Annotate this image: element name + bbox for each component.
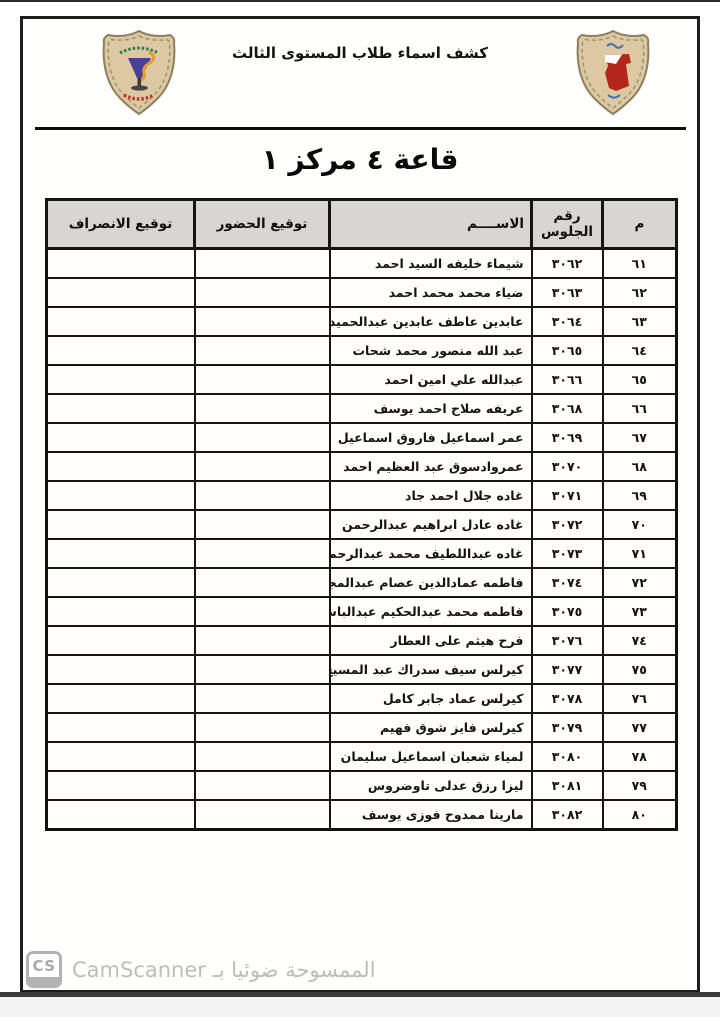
student-name-cell: ضياء محمد محمد احمد (330, 278, 532, 307)
row-number-cell: ٧٧ (603, 713, 677, 742)
table-row: ٦٣ ٣٠٦٤ عابدين عاطف عابدين عبدالحميد (47, 307, 677, 336)
row-number-cell: ٧٥ (603, 655, 677, 684)
row-number-cell: ٦٥ (603, 365, 677, 394)
departure-signature-cell (47, 278, 195, 307)
student-name-cell: فاطمه عمادالدين عصام عبدالمجيد (330, 568, 532, 597)
departure-signature-cell (47, 394, 195, 423)
table-row: ٧٤ ٣٠٧٦ فرح هيثم على العطار (47, 626, 677, 655)
departure-signature-cell (47, 771, 195, 800)
table-row: ٦٥ ٣٠٦٦ عبدالله علي امين احمد (47, 365, 677, 394)
row-number-cell: ٧١ (603, 539, 677, 568)
student-roster-table: م رقم الجلوس الاســــم توقيع الحضور توقي… (45, 198, 678, 831)
column-header-departure-signature: توقيع الانصراف (47, 200, 195, 249)
seat-number-cell: ٣٠٧٧ (532, 655, 603, 684)
seat-number-cell: ٣٠٨١ (532, 771, 603, 800)
camscanner-logo-icon: CS (26, 951, 62, 988)
student-name-cell: عبدالله علي امين احمد (330, 365, 532, 394)
seat-number-cell: ٣٠٧٨ (532, 684, 603, 713)
scan-background (0, 997, 720, 1017)
row-number-cell: ٦٨ (603, 452, 677, 481)
seat-number-cell: ٣٠٧١ (532, 481, 603, 510)
departure-signature-cell (47, 307, 195, 336)
departure-signature-cell (47, 452, 195, 481)
student-name-cell: غاده عبداللطيف محمد عبدالرحمن (330, 539, 532, 568)
row-number-cell: ٧٦ (603, 684, 677, 713)
header-divider-line (35, 127, 686, 130)
table-row: ٦٩ ٣٠٧١ غاده جلال احمد جاد (47, 481, 677, 510)
departure-signature-cell (47, 336, 195, 365)
departure-signature-cell (47, 626, 195, 655)
attendance-signature-cell (195, 626, 330, 655)
column-header-name: الاســــم (330, 200, 532, 249)
seat-number-cell: ٣٠٦٢ (532, 249, 603, 279)
attendance-signature-cell (195, 365, 330, 394)
departure-signature-cell (47, 481, 195, 510)
watermark-text: الممسوحة ضوئيا بـ CamScanner (72, 958, 376, 982)
seat-number-cell: ٣٠٦٥ (532, 336, 603, 365)
student-name-cell: عابدين عاطف عابدين عبدالحميد (330, 307, 532, 336)
attendance-signature-cell (195, 278, 330, 307)
table-row: ٦٤ ٣٠٦٥ عبد الله منصور محمد شحات (47, 336, 677, 365)
seat-number-cell: ٣٠٦٩ (532, 423, 603, 452)
attendance-signature-cell (195, 423, 330, 452)
table-row: ٦٢ ٣٠٦٣ ضياء محمد محمد احمد (47, 278, 677, 307)
table-row: ٧٦ ٣٠٧٨ كيرلس عماد جابر كامل (47, 684, 677, 713)
row-number-cell: ٧٢ (603, 568, 677, 597)
seat-number-cell: ٣٠٨٢ (532, 800, 603, 830)
attendance-signature-cell (195, 597, 330, 626)
student-name-cell: عبد الله منصور محمد شحات (330, 336, 532, 365)
departure-signature-cell (47, 365, 195, 394)
seat-number-cell: ٣٠٨٠ (532, 742, 603, 771)
departure-signature-cell (47, 684, 195, 713)
row-number-cell: ٦٦ (603, 394, 677, 423)
attendance-signature-cell (195, 481, 330, 510)
table-row: ٧٥ ٣٠٧٧ كيرلس سيف سدراك عبد المسيح (47, 655, 677, 684)
table-row: ٧٨ ٣٠٨٠ لمياء شعبان اسماعيل سليمان (47, 742, 677, 771)
departure-signature-cell (47, 423, 195, 452)
departure-signature-cell (47, 510, 195, 539)
seat-number-cell: ٣٠٧٠ (532, 452, 603, 481)
table-row: ٦٦ ٣٠٦٨ عريفه صلاح احمد يوسف (47, 394, 677, 423)
column-header-seat-number: رقم الجلوس (532, 200, 603, 249)
camscanner-watermark: CS الممسوحة ضوئيا بـ CamScanner (26, 951, 376, 988)
departure-signature-cell (47, 568, 195, 597)
row-number-cell: ٧٤ (603, 626, 677, 655)
row-number-cell: ٦٧ (603, 423, 677, 452)
attendance-signature-cell (195, 713, 330, 742)
seat-number-cell: ٣٠٧٥ (532, 597, 603, 626)
attendance-signature-cell (195, 394, 330, 423)
table-row: ٨٠ ٣٠٨٢ مارينا ممدوح فوزى يوسف (47, 800, 677, 830)
scan-edge-top (0, 0, 720, 2)
table-row: ٦١ ٣٠٦٢ شيماء خليفه السيد احمد (47, 249, 677, 279)
student-name-cell: عريفه صلاح احمد يوسف (330, 394, 532, 423)
row-number-cell: ٧٣ (603, 597, 677, 626)
university-emblem-icon (572, 28, 654, 116)
attendance-signature-cell (195, 510, 330, 539)
row-number-cell: ٦٩ (603, 481, 677, 510)
seat-number-cell: ٣٠٦٤ (532, 307, 603, 336)
attendance-signature-cell (195, 307, 330, 336)
student-name-cell: غاده عادل ابراهيم عبدالرحمن (330, 510, 532, 539)
seat-number-cell: ٣٠٦٨ (532, 394, 603, 423)
table-row: ٧٣ ٣٠٧٥ فاطمه محمد عبدالحكيم عبدالباسط (47, 597, 677, 626)
seat-number-cell: ٣٠٦٣ (532, 278, 603, 307)
attendance-signature-cell (195, 684, 330, 713)
student-name-cell: فاطمه محمد عبدالحكيم عبدالباسط (330, 597, 532, 626)
attendance-signature-cell (195, 655, 330, 684)
attendance-signature-cell (195, 452, 330, 481)
table-row: ٦٧ ٣٠٦٩ عمر اسماعيل فاروق اسماعيل (47, 423, 677, 452)
student-name-cell: عمر اسماعيل فاروق اسماعيل (330, 423, 532, 452)
hall-title: قاعة ٤ مركز ١ (0, 143, 720, 176)
row-number-cell: ٦٢ (603, 278, 677, 307)
seat-number-cell: ٣٠٧٩ (532, 713, 603, 742)
column-header-attendance-signature: توقيع الحضور (195, 200, 330, 249)
student-name-cell: غاده جلال احمد جاد (330, 481, 532, 510)
departure-signature-cell (47, 249, 195, 279)
departure-signature-cell (47, 713, 195, 742)
student-name-cell: كيرلس فايز شوق فهيم (330, 713, 532, 742)
departure-signature-cell (47, 655, 195, 684)
row-number-cell: ٨٠ (603, 800, 677, 830)
row-number-cell: ٧٨ (603, 742, 677, 771)
table-header-row: م رقم الجلوس الاســــم توقيع الحضور توقي… (47, 200, 677, 249)
attendance-signature-cell (195, 539, 330, 568)
row-number-cell: ٦١ (603, 249, 677, 279)
student-name-cell: لمياء شعبان اسماعيل سليمان (330, 742, 532, 771)
pharmacy-faculty-emblem-icon (98, 28, 180, 116)
student-name-cell: مارينا ممدوح فوزى يوسف (330, 800, 532, 830)
attendance-signature-cell (195, 568, 330, 597)
attendance-signature-cell (195, 771, 330, 800)
row-number-cell: ٦٣ (603, 307, 677, 336)
departure-signature-cell (47, 800, 195, 830)
table-row: ٧٠ ٣٠٧٢ غاده عادل ابراهيم عبدالرحمن (47, 510, 677, 539)
seat-number-cell: ٣٠٧٤ (532, 568, 603, 597)
table-row: ٧٢ ٣٠٧٤ فاطمه عمادالدين عصام عبدالمجيد (47, 568, 677, 597)
attendance-signature-cell (195, 800, 330, 830)
table-row: ٧٩ ٣٠٨١ ليزا رزق عدلى تاوضروس (47, 771, 677, 800)
seat-number-cell: ٣٠٧٢ (532, 510, 603, 539)
departure-signature-cell (47, 597, 195, 626)
table-row: ٦٨ ٣٠٧٠ عمروادسوق عبد العظيم احمد (47, 452, 677, 481)
column-header-number: م (603, 200, 677, 249)
student-name-cell: كيرلس عماد جابر كامل (330, 684, 532, 713)
attendance-signature-cell (195, 742, 330, 771)
row-number-cell: ٧٩ (603, 771, 677, 800)
attendance-signature-cell (195, 336, 330, 365)
table-row: ٧٧ ٣٠٧٩ كيرلس فايز شوق فهيم (47, 713, 677, 742)
seat-number-cell: ٣٠٧٣ (532, 539, 603, 568)
student-name-cell: شيماء خليفه السيد احمد (330, 249, 532, 279)
student-name-cell: عمروادسوق عبد العظيم احمد (330, 452, 532, 481)
departure-signature-cell (47, 742, 195, 771)
student-name-cell: ليزا رزق عدلى تاوضروس (330, 771, 532, 800)
departure-signature-cell (47, 539, 195, 568)
student-name-cell: كيرلس سيف سدراك عبد المسيح (330, 655, 532, 684)
seat-number-cell: ٣٠٦٦ (532, 365, 603, 394)
row-number-cell: ٧٠ (603, 510, 677, 539)
scanned-document-page: كشف اسماء طلاب المستوى الثالث قاعة ٤ مرك… (0, 0, 720, 1017)
student-name-cell: فرح هيثم على العطار (330, 626, 532, 655)
seat-number-cell: ٣٠٧٦ (532, 626, 603, 655)
attendance-signature-cell (195, 249, 330, 279)
table-row: ٧١ ٣٠٧٣ غاده عبداللطيف محمد عبدالرحمن (47, 539, 677, 568)
row-number-cell: ٦٤ (603, 336, 677, 365)
